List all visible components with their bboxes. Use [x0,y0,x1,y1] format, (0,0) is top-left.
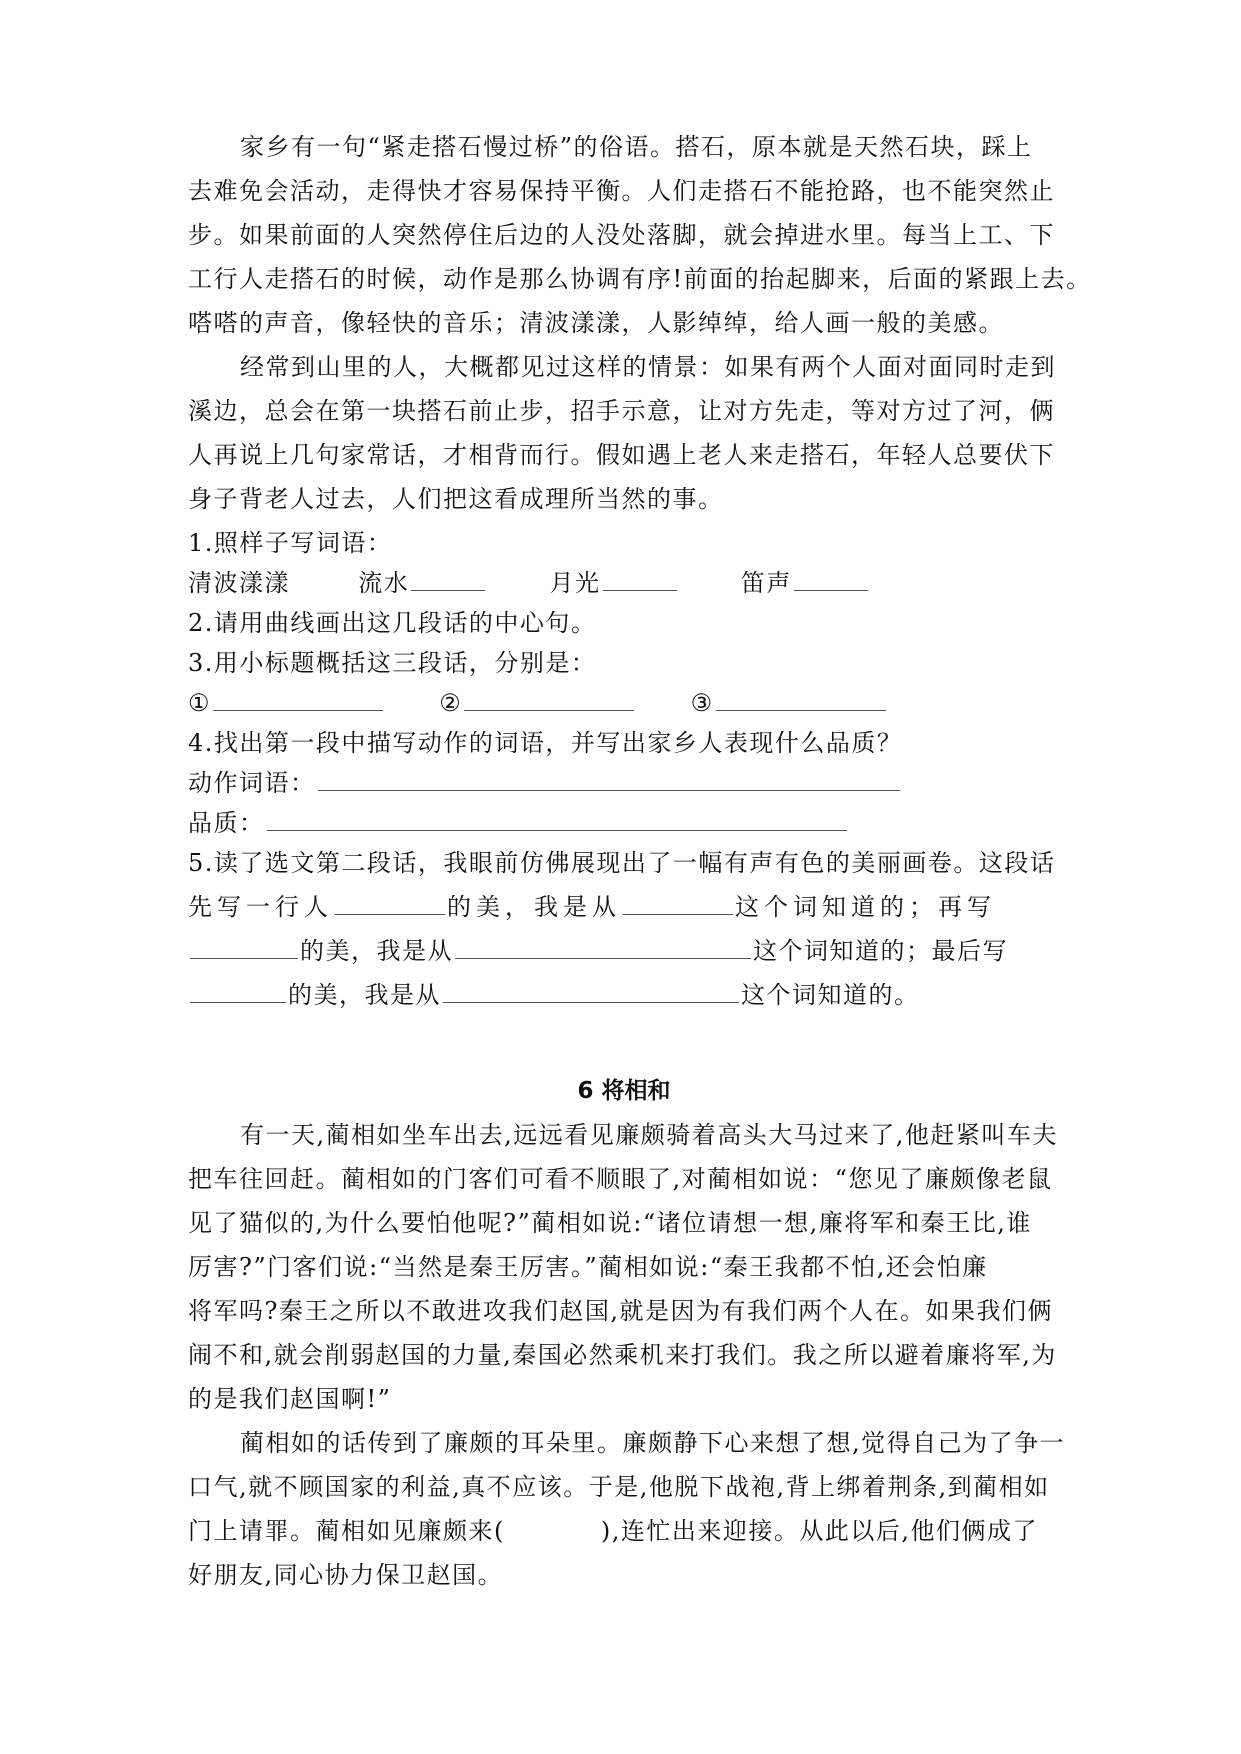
marker-2: ② [439,689,462,717]
question-5-line-4: 的美，我是从这个词知道的。 [188,980,920,1010]
answer-blank[interactable] [794,568,868,591]
answer-blank[interactable] [455,936,751,959]
passage2-line: 有一天,蔺相如坐车出去,远远看见廉颇骑着高头大马过来了,他赶紧叫车夫 [188,1120,1058,1150]
passage1-line: 步。如果前面的人突然停住后边的人没处落脚，就会掉进水里。每当上工、下 [188,220,1055,250]
example-word: 清波漾漾 [188,569,290,597]
answer-blank[interactable] [411,568,485,591]
quality-label: 品质： [188,809,265,837]
passage1-line: 身子背老人过去，人们把这看成理所当然的事。 [188,484,724,514]
passage2-line: 把车往回赶。蔺相如的门客们可看不顺眼了,对蔺相如说：“您见了廉颇像老鼠 [188,1164,1052,1194]
answer-blank[interactable] [603,568,677,591]
passage2-line: 厉害?”门客们说:“当然是秦王厉害。”蔺相如说:“秦王我都不怕,还会怕廉 [188,1252,988,1282]
passage2-line: 闹不和,就会削弱赵国的力量,秦国必然乘机来打我们。我之所以避着廉将军,为 [188,1340,1057,1370]
passage2-line: 见了猫似的,为什么要怕他呢?”蔺相如说:“诸位请想一想,廉将军和秦王比,谁 [188,1208,1032,1238]
section-title: 6 将相和 [188,1076,1060,1106]
question-4-prompt: 4.找出第一段中描写动作的词语，并写出家乡人表现什么品质？ [188,728,902,758]
passage2-paren-line: 门上请罪。蔺相如见廉颇来(),连忙出来迎接。从此以后,他们俩成了 [188,1516,1038,1546]
passage1-line: 人再说上几句家常话，才相背而行。假如遇上老人来走搭石，年轻人总要伏下 [188,440,1055,470]
question-4-action-row: 动作词语： [188,768,902,798]
passage1-line: 工行人走搭石的时候，动作是那么协调有序!前面的抬起脚来，后面的紧跟上去。 [188,264,1092,294]
answer-blank[interactable] [213,688,383,711]
passage1-line: 经常到山里的人，大概都见过这样的情景：如果有两个人面对面同时走到 [188,352,1056,382]
answer-blank[interactable] [464,688,634,711]
passage2-line: 口气,就不顾国家的利益,真不应该。于是,他脱下战袍,背上绑着荆条,到蔺相如 [188,1472,1050,1502]
passage1-line: 溪边，总会在第一块搭石前止步，招手示意，让对方先走，等对方过了河，俩 [188,396,1055,426]
question-5-line-2: 先写一行人的美，我是从这个词知道的；再写 [188,892,996,922]
passage1-line: 嗒嗒的声音，像轻快的音乐；清波漾漾，人影绰绰，给人画一般的美感。 [188,308,1004,338]
question-1-answer-row: 清波漾漾 流水 月光 笛声 [188,568,870,598]
question-3-answer-row: ① ② ③ [188,688,888,718]
question-1-prompt: 1.照样子写词语： [188,528,392,558]
word-item: 流水 [358,569,409,597]
answer-blank[interactable] [623,892,733,915]
marker-3: ③ [691,689,714,717]
passage2-line: 的是我们赵国啊!” [188,1384,391,1414]
question-4-quality-row: 品质： [188,808,849,838]
answer-blank[interactable] [318,768,900,791]
action-words-label: 动作词语： [188,769,316,797]
question-2-prompt: 2.请用曲线画出这几段话的中心句。 [188,608,596,638]
passage2-line: 好朋友,同心协力保卫赵国。 [188,1560,503,1590]
question-3-prompt: 3.用小标题概括这三段话，分别是： [188,648,596,678]
answer-blank[interactable] [190,936,298,959]
word-item: 月光 [550,569,601,597]
passage1-line: 家乡有一句“紧走搭石慢过桥”的俗语。搭石，原本就是天然石块，踩上 [188,132,1033,162]
question-5-line-3: 的美，我是从这个词知道的；最后写 [188,936,1008,966]
passage1-line: 去难免会活动，走得快才容易保持平衡。人们走搭石不能抢路，也不能突然止 [188,176,1055,206]
passage2-line: 蔺相如的话传到了廉颇的耳朵里。廉颇静下心来想了想,觉得自己为了争一 [188,1428,1065,1458]
word-item: 笛声 [741,569,792,597]
answer-blank[interactable] [443,980,739,1003]
answer-blank[interactable] [190,980,286,1003]
answer-blank[interactable] [267,808,847,831]
question-5-prompt: 5.读了选文第二段话，我眼前仿佛展现出了一幅有声有色的美丽画卷。这段话 [188,848,1055,878]
answer-blank[interactable] [716,688,886,711]
marker-1: ① [188,689,211,717]
passage2-line: 将军吗?秦王之所以不敢进攻我们赵国,就是因为有我们两个人在。如果我们俩 [188,1296,1053,1326]
answer-blank[interactable] [335,892,445,915]
